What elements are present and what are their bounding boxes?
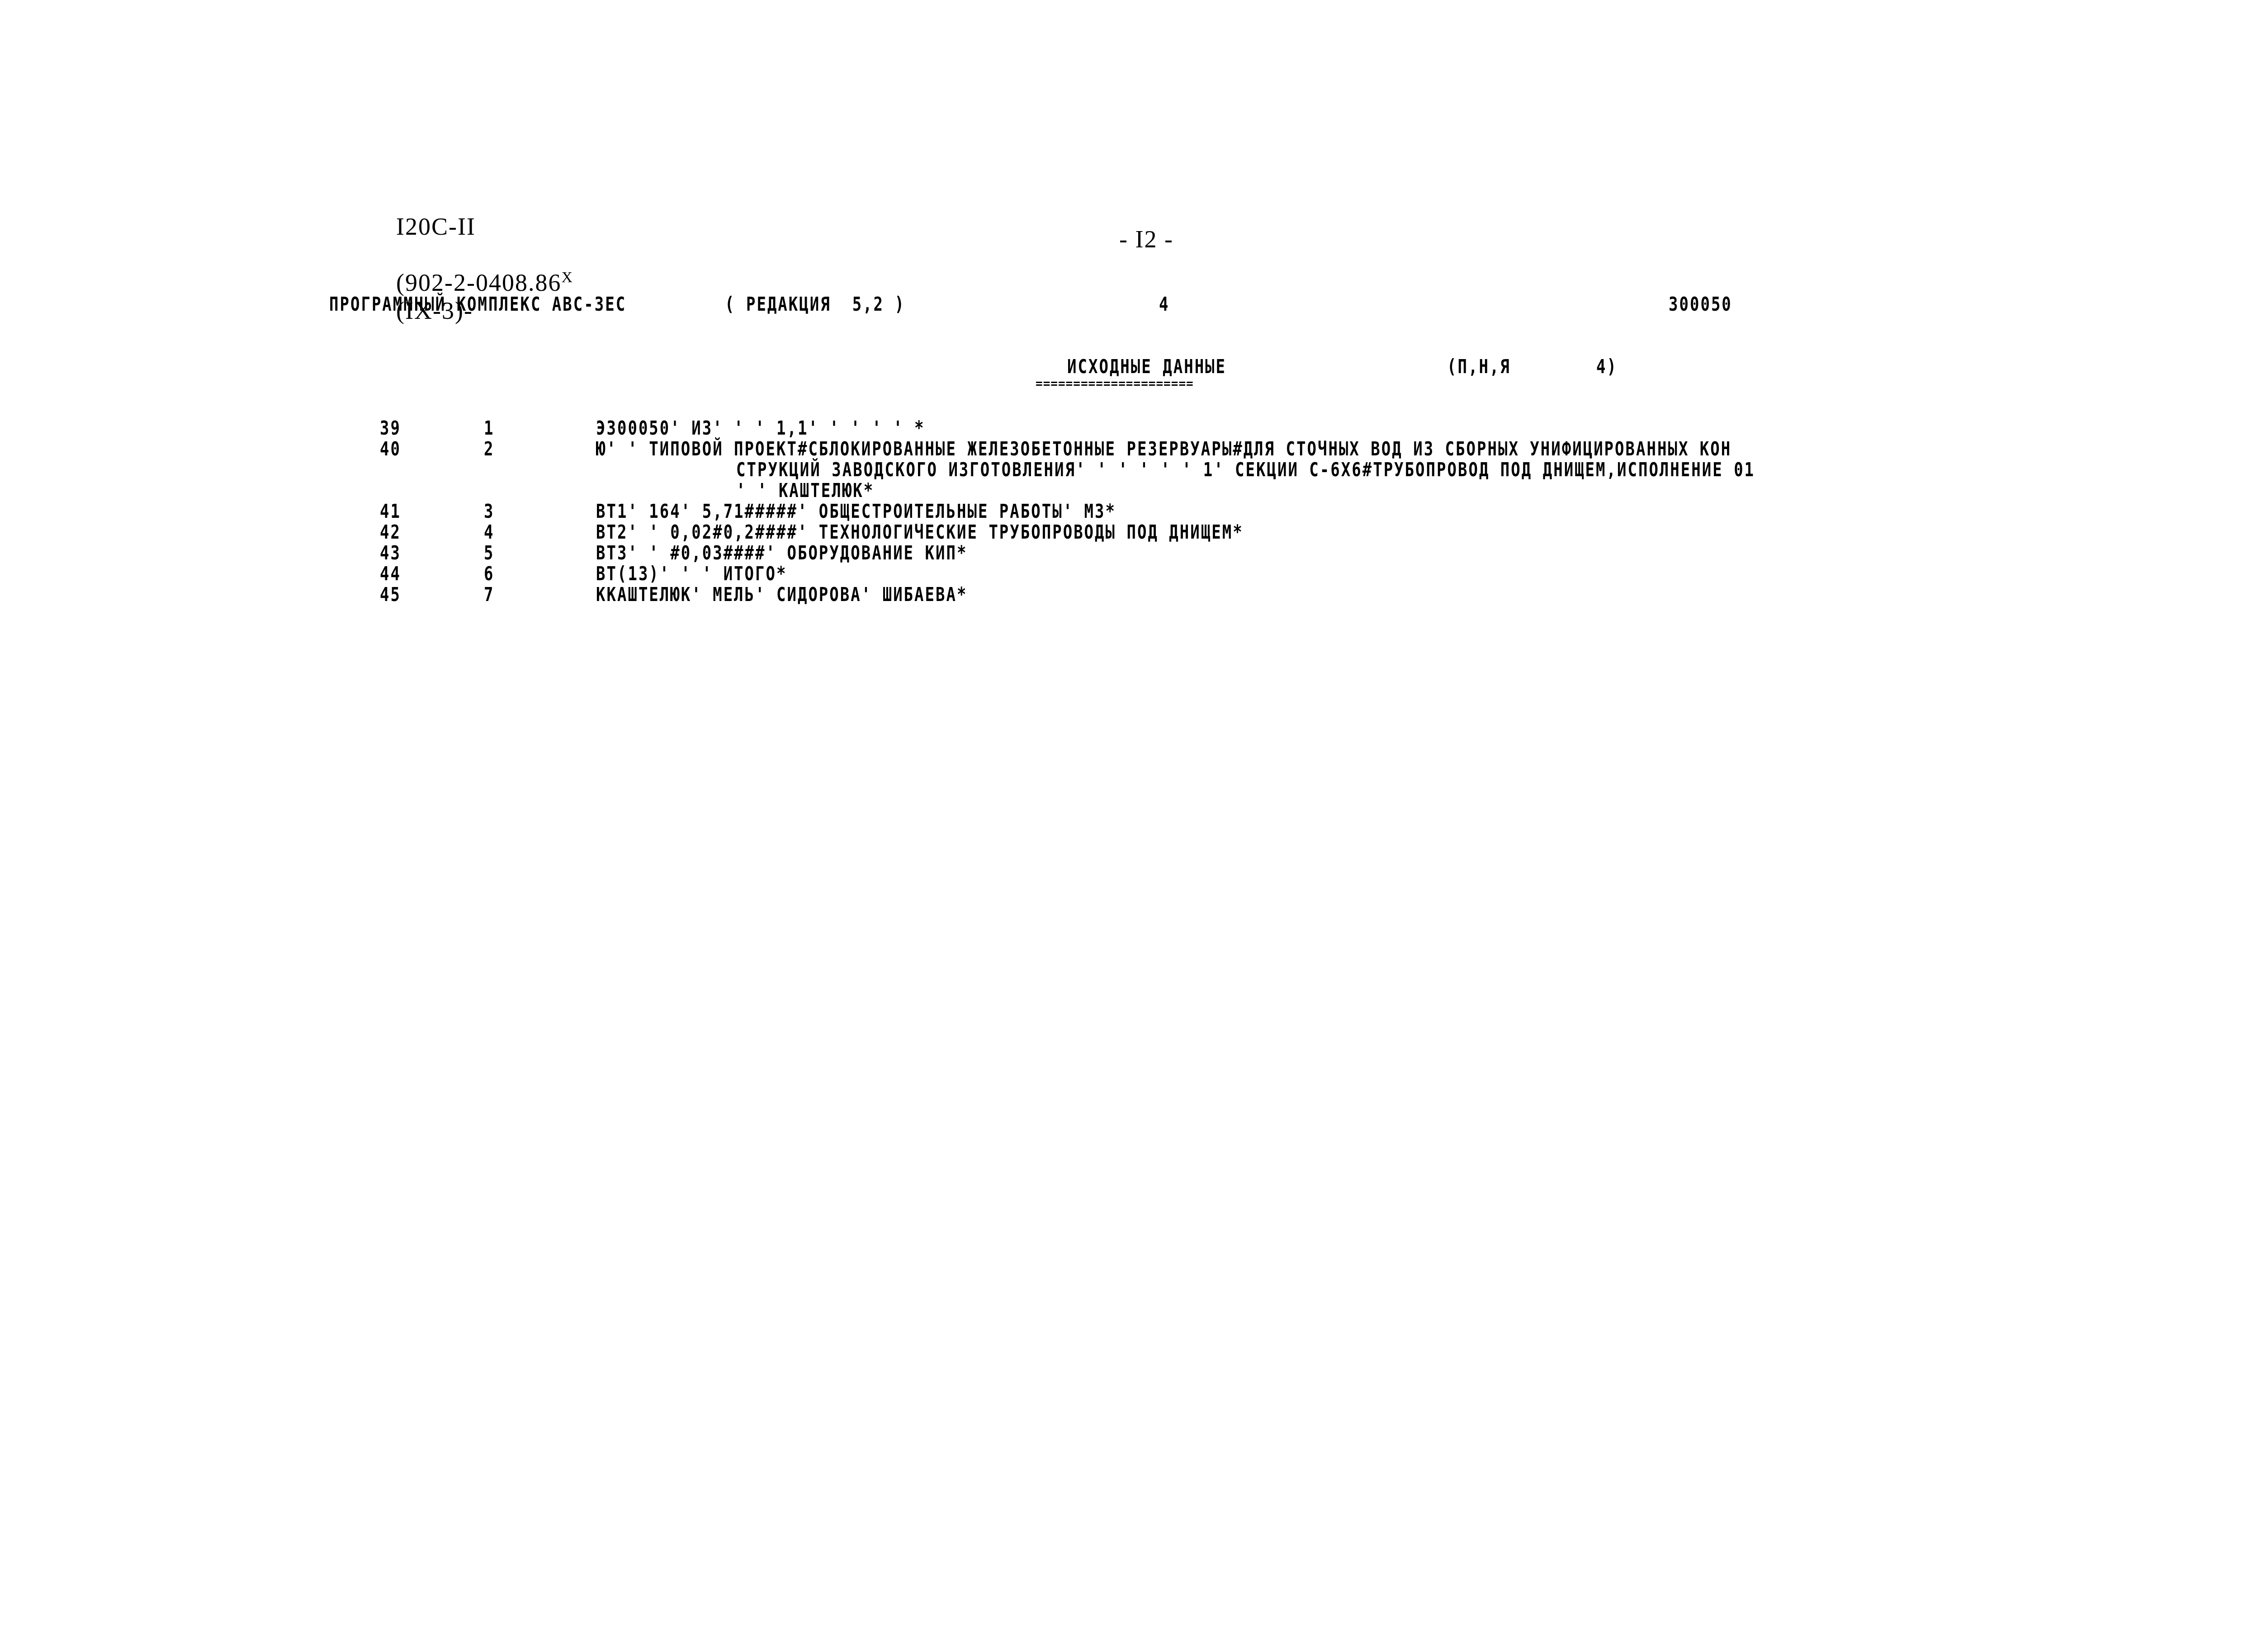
line-number: 45	[380, 583, 425, 606]
record-text-continuation: СТРУКЦИЙ ЗАВОДСКОГО ИЗГОТОВЛЕНИЯ' ' ' ' …	[736, 459, 1755, 481]
record-number: 1	[484, 417, 494, 440]
section-params: (П,Н,Я	[1447, 355, 1511, 378]
line-number: 39	[380, 417, 425, 440]
section-params-tail: 4)	[1596, 355, 1618, 378]
line-number: 43	[380, 542, 425, 564]
line-number: 41	[380, 500, 425, 523]
doc-reference: (902-2-0408.86	[396, 269, 561, 296]
line-number: 44	[380, 563, 425, 585]
record-text: ВТ3' ' #0,03####' ОБОРУДОВАНИЕ КИП*	[596, 542, 967, 564]
doc-code: I20C-II	[396, 213, 476, 240]
project-code: 300050	[1669, 293, 1732, 316]
record-number: 5	[484, 542, 494, 564]
record-text: ВТ1' 164' 5,71#####' ОБЩЕСТРОИТЕЛЬНЫЕ РА…	[596, 500, 1116, 523]
record-number: 2	[484, 438, 494, 460]
section-title: ИСХОДНЫЕ ДАННЫЕ	[1067, 355, 1226, 378]
section-title-underline: =====================	[1036, 377, 1194, 391]
data-listing: 39 1 Э300050' ИЗ' ' ' 1,1' ' ' ' ' * 40 …	[0, 0, 4, 244]
sheet-number: 4	[1159, 293, 1169, 316]
line-number: 40	[380, 438, 425, 460]
record-number: 6	[484, 563, 494, 585]
record-text: ВТ(13)' ' ' ИТОГО*	[596, 563, 787, 585]
doc-reference-superscript: X	[561, 269, 573, 286]
program-name: ПРОГРАММНЫЙ КОМПЛЕКС АВС-3ЕС	[329, 293, 626, 316]
record-text: ККАШТЕЛЮК' МЕЛЬ' СИДОРОВА' ШИБАЕВА*	[596, 583, 967, 606]
page-number: - I2 -	[1119, 225, 1173, 253]
record-text: Ю' ' ТИПОВОЙ ПРОЕКТ#СБЛОКИРОВАННЫЕ ЖЕЛЕЗ…	[596, 438, 1731, 460]
record-text-continuation: ' ' КАШТЕЛЮК*	[736, 479, 874, 502]
record-text: ВТ2' ' 0,02#0,2####' ТЕХНОЛОГИЧЕСКИЕ ТРУ…	[596, 521, 1244, 544]
line-number: 42	[380, 521, 425, 544]
record-text: Э300050' ИЗ' ' ' 1,1' ' ' ' ' *	[596, 417, 925, 440]
record-number: 3	[484, 500, 494, 523]
record-number: 4	[484, 521, 494, 544]
record-number: 7	[484, 583, 494, 606]
program-edition: ( РЕДАКЦИЯ 5,2 )	[725, 293, 905, 316]
